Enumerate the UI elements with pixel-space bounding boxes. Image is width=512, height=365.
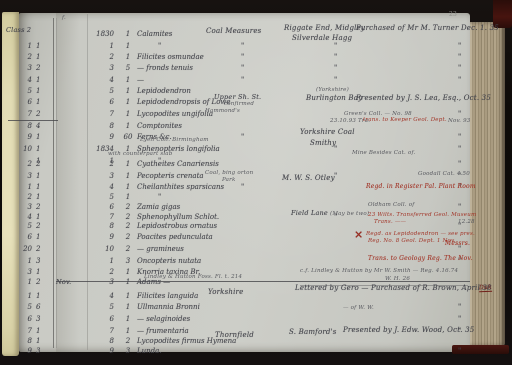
- handwritten-note: Burlington Bay: [306, 94, 362, 102]
- handwritten-note: Mine Besides Cat. of.: [352, 150, 415, 156]
- handwritten-note: Coal, bing orton: [205, 170, 253, 176]
- red-ink-note: Trans. ——: [374, 219, 406, 225]
- red-ink-note: Regd. as Lepidodendron — see pres.: [366, 231, 475, 237]
- red-ink-note: Reg. No. 8 Geol. Dept. 1 Nov.: [368, 238, 456, 244]
- handwritten-note: Presented by J. S. Lea, Esq., Oct. 35: [356, 94, 491, 102]
- handwritten-note: c.f. Lindley & Hutton by Mr W. Smith — R…: [300, 268, 458, 274]
- handwritten-note: Goodall Cat. 4.50: [418, 171, 470, 177]
- handwritten-note: Yorkshire Coal: [300, 128, 355, 136]
- handwritten-note: Oldham Coll. of: [368, 202, 414, 208]
- handwritten-note: (May be two): [330, 211, 369, 217]
- handwritten-note: Nov. 93: [448, 118, 470, 124]
- handwritten-note: f.: [62, 15, 66, 21]
- handwritten-note: Presented by J. Edw. Wood, Oct. 35: [343, 326, 474, 334]
- handwritten-note: Park: [222, 177, 236, 183]
- handwritten-note: with counterpart slab: [108, 151, 173, 157]
- handwritten-note: confirmed: [224, 101, 254, 107]
- handwritten-note: W. H. 26: [385, 276, 410, 282]
- handwritten-note: Field Lane: [291, 209, 328, 217]
- handwritten-note: M. W. S. Otley: [282, 174, 335, 182]
- handwritten-note: Silverdale Hagg: [292, 34, 352, 42]
- red-ink-note: Regd. in Register Pal. Plant Room: [366, 183, 476, 190]
- handwritten-note: Lindley & Hutton Foss. Fl. t. 214: [144, 274, 242, 280]
- handwritten-note: Riggate End, Midgley: [284, 24, 365, 32]
- handwritten-note: Upper Sh. St.: [214, 93, 261, 101]
- red-ink-note: trans. to Keeper Geol. Dept.: [363, 117, 447, 123]
- handwritten-note: Lyell Coll. Birmingham: [140, 137, 209, 143]
- handwritten-note: Lettered by Gero — Purchased of R. Brown…: [295, 284, 492, 292]
- handwritten-note: 12.28: [458, 219, 475, 225]
- red-ink-note: 23 Wilts. Transferred Geol. Museum: [368, 212, 476, 218]
- handwritten-note: Coal Measures: [206, 27, 261, 35]
- handwritten-note: Smithy: [310, 139, 336, 147]
- handwritten-note: Class 2: [6, 26, 31, 34]
- handwritten-note: Nov.: [56, 278, 71, 286]
- handwritten-note: 23: [449, 11, 457, 18]
- handwritten-note: (Yorkshire): [316, 87, 349, 93]
- red-ink-note: Trans. to Geology Reg. The Nov.: [368, 255, 472, 262]
- red-ink-note: Messrs.: [445, 240, 470, 247]
- handwritten-note: Hammond's: [205, 108, 240, 114]
- handwritten-note: Yorkshire: [208, 288, 243, 296]
- annotations-layer: Class 2f.23Coal MeasuresRiggate End, Mid…: [0, 0, 512, 365]
- handwritten-note: Purchased of Mr M. Turner Dec. 1. 35: [356, 24, 499, 32]
- handwritten-note: S. Bamford's: [289, 328, 337, 336]
- red-ink-note: ×: [354, 228, 363, 241]
- handwritten-note: Thornfield: [215, 331, 254, 339]
- handwritten-note: Duk: [479, 284, 492, 292]
- handwritten-note: — of W. W.: [343, 305, 374, 311]
